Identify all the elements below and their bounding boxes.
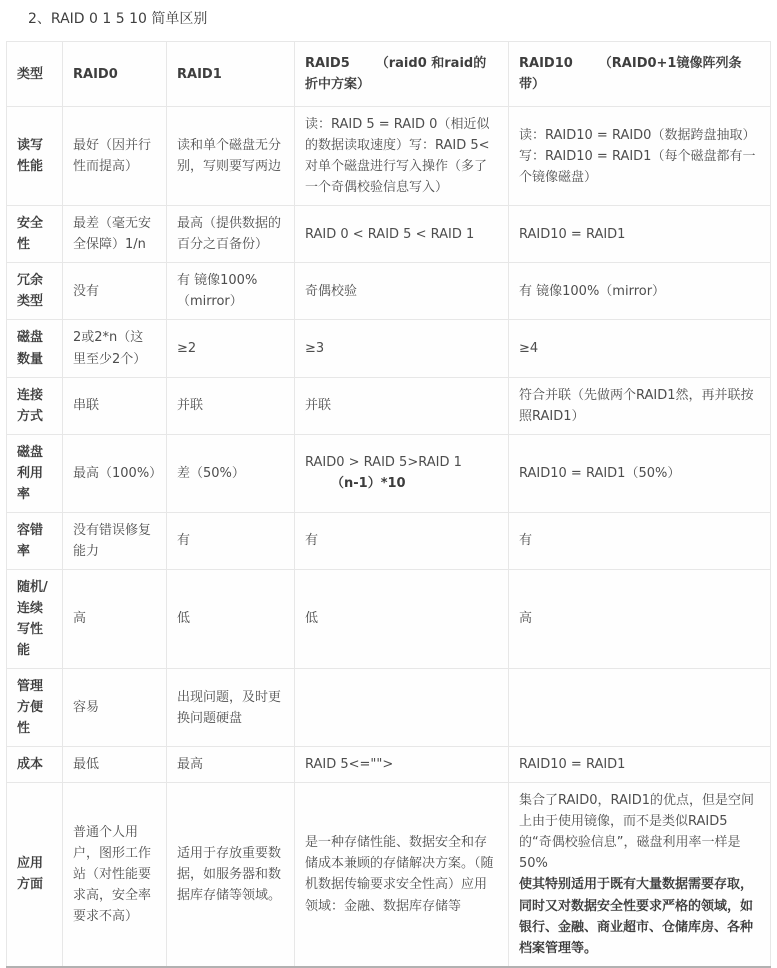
table-cell: 是一种存储性能、数据安全和存储成本兼顾的存储解决方案。（随机数据传输要求安全性高… (295, 783, 509, 967)
table-cell: 高 (63, 569, 167, 668)
row-label: 成本 (7, 747, 63, 783)
table-cell: 没有 (63, 263, 167, 320)
page-title: 2、RAID 0 1 5 10 简单区别 (0, 0, 777, 30)
table-cell: RAID10 = RAID1（50%） (509, 434, 771, 512)
table-cell: 读和单个磁盘无分别，写则要写两边 (167, 107, 295, 206)
row-label: 管理方便性 (7, 669, 63, 747)
row-label: 安全性 (7, 206, 63, 263)
row-label: 连接方式 (7, 377, 63, 434)
table-cell: 集合了RAID0，RAID1的优点，但是空间上由于使用镜像，而不是类似RAID5… (509, 783, 771, 967)
table-row: 磁盘利用率最高（100%）差（50%）RAID0 > RAID 5>RAID 1… (7, 434, 771, 512)
cell-text-segment: RAID10 (519, 56, 573, 71)
table-row: 读写性能最好（因并行性而提高）读和单个磁盘无分别，写则要写两边读：RAID 5 … (7, 107, 771, 206)
table-row: 容错率没有错误修复能力有有有 (7, 512, 771, 569)
cell-text-segment: ≥2 (177, 341, 196, 356)
table-cell: 有 镜像100%（mirror） (509, 263, 771, 320)
column-header: RAID5（raid0 和raid的折中方案） (295, 42, 509, 107)
table-cell: 并联 (295, 377, 509, 434)
table-cell: 高 (509, 569, 771, 668)
cell-text-segment: 最低 (73, 757, 99, 772)
cell-text-segment: 最差（毫无安全保障）1/n (73, 216, 151, 252)
cell-text-segment: 读：RAID 5 = RAID 0（相近似的数据读取速度）写：RAID 5<对单… (305, 117, 490, 195)
cell-text-segment: RAID 5<=""> (305, 757, 393, 772)
cell-text-segment: 并联 (177, 398, 203, 413)
row-label: 应用方面 (7, 783, 63, 967)
row-label: 容错率 (7, 512, 63, 569)
cell-text-segment: 适用于存放重要数据，如服务器和数据库存储等领域。 (177, 846, 281, 903)
table-row: 随机/连续写性能高低低高 (7, 569, 771, 668)
cell-text-segment: 容易 (73, 700, 99, 715)
cell-text-segment: ≥4 (519, 341, 538, 356)
table-cell: 有 (509, 512, 771, 569)
cell-text-segment: RAID10 = RAID1（50%） (519, 466, 680, 481)
table-cell: 最高（100%） (63, 434, 167, 512)
table-cell: 低 (295, 569, 509, 668)
table-cell: 2或2*n（这里至少2个） (63, 320, 167, 377)
table-cell: 适用于存放重要数据，如服务器和数据库存储等领域。 (167, 783, 295, 967)
row-label: 磁盘利用率 (7, 434, 63, 512)
table-cell: 有 (167, 512, 295, 569)
cell-text-segment: 有 (305, 533, 318, 548)
table-cell: 出现问题，及时更换问题硬盘 (167, 669, 295, 747)
cell-text-segment: 并联 (305, 398, 331, 413)
table-row: 管理方便性容易出现问题，及时更换问题硬盘 (7, 669, 771, 747)
table-cell (509, 669, 771, 747)
article-content: 2、RAID 0 1 5 10 简单区别 类型RAID0RAID1RAID5（r… (0, 0, 777, 968)
cell-text-segment: RAID10 = RAID1 (519, 227, 625, 242)
table-cell: 普通个人用户，图形工作站（对性能要求高，安全率要求不高） (63, 783, 167, 967)
cell-text-segment: 2或2*n（这里至少2个） (73, 330, 146, 366)
cell-text-segment: 低 (305, 611, 318, 626)
cell-text-segment: 有 (177, 533, 190, 548)
cell-text-segment: 高 (73, 611, 86, 626)
table-cell: 最差（毫无安全保障）1/n (63, 206, 167, 263)
table-cell: RAID10 = RAID1 (509, 206, 771, 263)
table-row: 安全性最差（毫无安全保障）1/n最高（提供数据的百分之百备份）RAID 0 < … (7, 206, 771, 263)
row-label: 读写性能 (7, 107, 63, 206)
cell-text-segment: 串联 (73, 398, 99, 413)
column-header: RAID10（RAID0+1镜像阵列条带） (509, 42, 771, 107)
row-label: 冗余类型 (7, 263, 63, 320)
table-cell: 最高 (167, 747, 295, 783)
table-cell: RAID 5<=""> (295, 747, 509, 783)
column-header: RAID1 (167, 42, 295, 107)
table-cell: 串联 (63, 377, 167, 434)
cell-text-segment: RAID5 (305, 56, 350, 71)
table-cell: 最高（提供数据的百分之百备份） (167, 206, 295, 263)
cell-text-segment: 有 (519, 533, 532, 548)
row-label: 磁盘数量 (7, 320, 63, 377)
table-cell: ≥4 (509, 320, 771, 377)
cell-text-segment: RAID 0 < RAID 5 < RAID 1 (305, 227, 474, 242)
cell-text-segment: 使其特别适用于既有大量数据需要存取，同时又对数据安全性要求严格的领域，如银行、金… (519, 874, 760, 958)
table-cell: 读：RAID 5 = RAID 0（相近似的数据读取速度）写：RAID 5<对单… (295, 107, 509, 206)
cell-text-segment: 没有错误修复能力 (73, 523, 151, 559)
cell-text-segment: RAID0 > RAID 5>RAID 1 (305, 455, 462, 470)
raid-comparison-table: 类型RAID0RAID1RAID5（raid0 和raid的折中方案）RAID1… (6, 41, 771, 968)
table-cell: 符合并联（先做两个RAID1然，再并联按照RAID1） (509, 377, 771, 434)
cell-text-segment: 是一种存储性能、数据安全和存储成本兼顾的存储解决方案。（随机数据传输要求安全性高… (305, 835, 494, 913)
table-cell: 读：RAID10 = RAID0（数据跨盘抽取）写：RAID10 = RAID1… (509, 107, 771, 206)
cell-text-segment: 读：RAID10 = RAID0（数据跨盘抽取）写：RAID10 = RAID1… (519, 128, 755, 185)
table-cell: 并联 (167, 377, 295, 434)
cell-text-segment: RAID1 (177, 67, 222, 82)
table-cell: 低 (167, 569, 295, 668)
table-row: 冗余类型没有有 镜像100%（mirror）奇偶校验有 镜像100%（mirro… (7, 263, 771, 320)
cell-text-segment: RAID10 = RAID1 (519, 757, 625, 772)
cell-text-segment: RAID0 (73, 67, 118, 82)
table-cell: 有 (295, 512, 509, 569)
cell-text-segment: 集合了RAID0，RAID1的优点，但是空间上由于使用镜像，而不是类似RAID5… (519, 793, 754, 871)
table-header-row: 类型RAID0RAID1RAID5（raid0 和raid的折中方案）RAID1… (7, 42, 771, 107)
cell-text-segment: 类型 (17, 67, 43, 82)
table-cell: RAID10 = RAID1 (509, 747, 771, 783)
table-row: 磁盘数量2或2*n（这里至少2个）≥2≥3≥4 (7, 320, 771, 377)
cell-text-segment: 读和单个磁盘无分别，写则要写两边 (177, 138, 281, 174)
cell-text-segment: 差（50%） (177, 466, 245, 481)
table-row: 应用方面普通个人用户，图形工作站（对性能要求高，安全率要求不高）适用于存放重要数… (7, 783, 771, 967)
table-cell: 最好（因并行性而提高） (63, 107, 167, 206)
cell-text-segment: 出现问题，及时更换问题硬盘 (177, 690, 281, 726)
table-cell: 差（50%） (167, 434, 295, 512)
table-row: 成本最低最高RAID 5<="">RAID10 = RAID1 (7, 747, 771, 783)
cell-text-segment: 有 镜像100%（mirror） (519, 284, 665, 299)
column-header: 类型 (7, 42, 63, 107)
cell-text-segment: 没有 (73, 284, 99, 299)
table-cell: 有 镜像100%（mirror） (167, 263, 295, 320)
table-row: 连接方式串联并联并联符合并联（先做两个RAID1然，再并联按照RAID1） (7, 377, 771, 434)
cell-text-segment: 最高（提供数据的百分之百备份） (177, 216, 281, 252)
row-label: 随机/连续写性能 (7, 569, 63, 668)
cell-text-segment: 普通个人用户，图形工作站（对性能要求高，安全率要求不高） (73, 825, 151, 924)
cell-text-segment: 最高 (177, 757, 203, 772)
table-cell (295, 669, 509, 747)
table-cell: RAID 0 < RAID 5 < RAID 1 (295, 206, 509, 263)
table-cell: ≥3 (295, 320, 509, 377)
cell-text-segment: 有 镜像100%（mirror） (177, 273, 257, 309)
cell-text-segment: 最好（因并行性而提高） (73, 138, 151, 174)
cell-text-segment: 高 (519, 611, 532, 626)
column-header: RAID0 (63, 42, 167, 107)
table-cell: ≥2 (167, 320, 295, 377)
table-cell: 奇偶校验 (295, 263, 509, 320)
cell-text-segment: （n-1）*10 (331, 476, 406, 491)
table-cell: 最低 (63, 747, 167, 783)
cell-text-segment: ≥3 (305, 341, 324, 356)
cell-text-segment: 符合并联（先做两个RAID1然，再并联按照RAID1） (519, 388, 754, 424)
cell-text-segment: 奇偶校验 (305, 284, 357, 299)
table-cell: 容易 (63, 669, 167, 747)
cell-text-segment: 低 (177, 611, 190, 626)
table-cell: 没有错误修复能力 (63, 512, 167, 569)
table-cell: RAID0 > RAID 5>RAID 1（n-1）*10 (295, 434, 509, 512)
cell-text-segment: 最高（100%） (73, 466, 162, 481)
